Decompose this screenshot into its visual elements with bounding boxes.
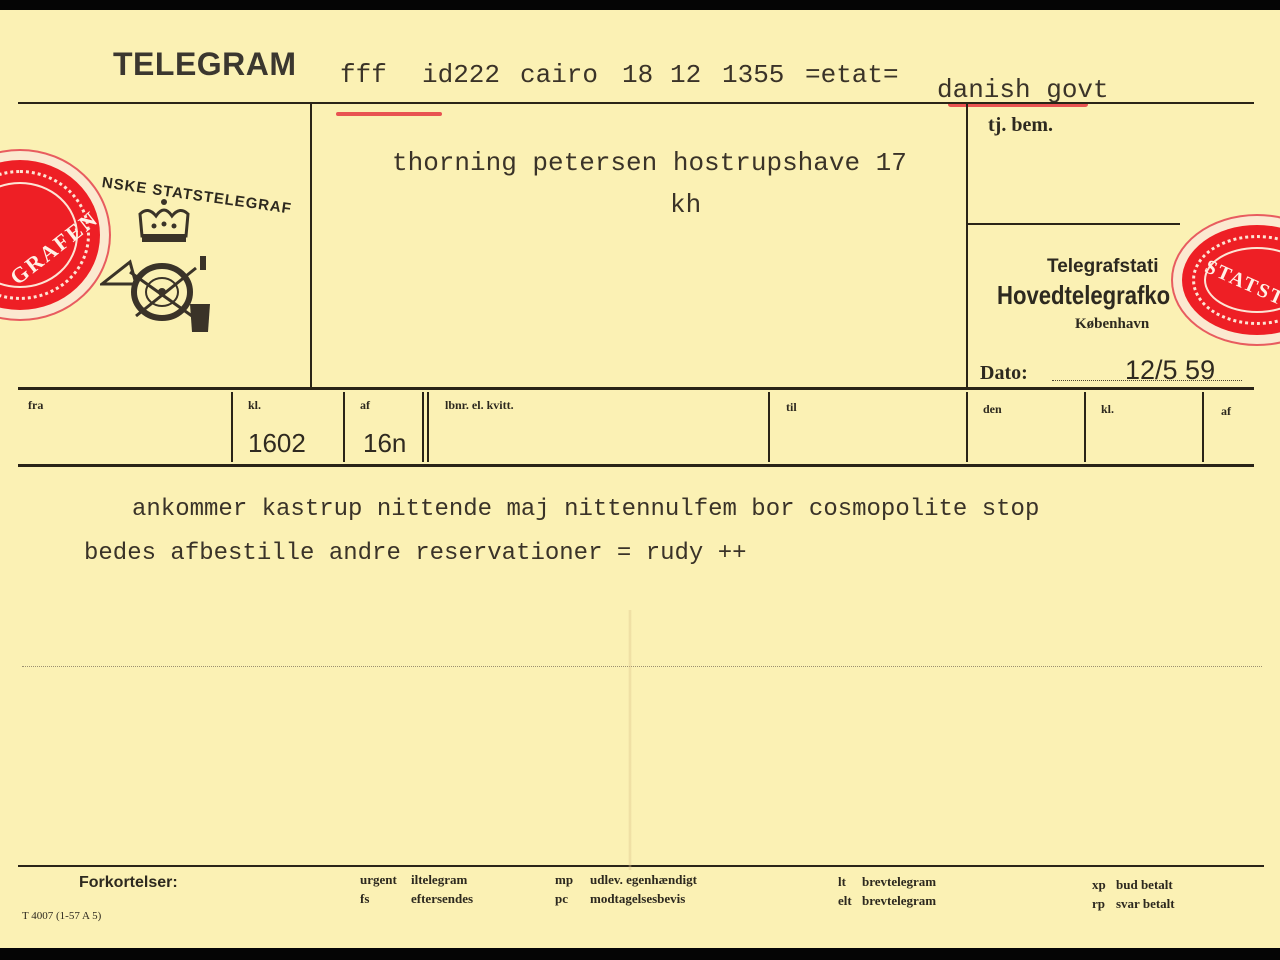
message-line-2: bedes afbestille andre reservationer = r… [84, 540, 747, 567]
posthorn-icon [100, 254, 220, 334]
word-count: 18 [622, 60, 653, 90]
abbr-code: pc [555, 891, 568, 907]
red-pencil-mark [336, 112, 442, 116]
message-end-rule [22, 666, 1262, 667]
col-label-by: af [360, 398, 370, 413]
col-label-time: kl. [248, 398, 261, 413]
abbr-meaning: brevtelegram [862, 893, 936, 909]
rule-v-emblem [310, 104, 312, 388]
col-divider [427, 392, 429, 462]
form-title: TELEGRAM [113, 46, 297, 83]
message-id: id222 [422, 60, 500, 90]
abbr-code: urgent [360, 872, 397, 888]
telegram-form: TELEGRAM fff id222 cairo 18 12 1355 =eta… [0, 10, 1280, 948]
col-label-date: den [983, 402, 1002, 417]
abbr-meaning: udlev. egenhændigt [590, 872, 697, 888]
rule-table-bottom [18, 464, 1254, 467]
recipient-city: kh [670, 190, 701, 220]
col-divider [768, 392, 770, 462]
priority-indicator: =etat= [805, 60, 899, 90]
stamp-line-2: Hovedtelegrafko [997, 280, 1170, 311]
stamp-city: København [1075, 316, 1149, 333]
form-number: T 4007 (1-57 A 5) [22, 910, 101, 922]
col-label-from: fra [28, 398, 43, 413]
rule-service-box [968, 223, 1180, 225]
abbr-meaning: modtagelsesbevis [590, 891, 685, 907]
addressee-org: danish govt [937, 75, 1109, 105]
date-label: Dato: [980, 362, 1028, 385]
col-divider [1202, 392, 1204, 462]
abbr-code: elt [838, 893, 852, 909]
col-value-by: 16n [363, 428, 406, 459]
col-divider [422, 392, 424, 462]
abbr-code: lt [838, 874, 846, 890]
col-divider [343, 392, 345, 462]
recipient-address: thorning petersen hostrupshave 17 [392, 148, 907, 178]
time-filed: 1355 [722, 60, 784, 90]
col-divider [1084, 392, 1086, 462]
abbr-meaning: brevtelegram [862, 874, 936, 890]
service-notes-label: tj. bem. [988, 114, 1053, 137]
abbr-meaning: svar betalt [1116, 896, 1175, 912]
col-label-to: til [786, 400, 797, 415]
origin-office: cairo [520, 60, 598, 90]
service-code: fff [340, 60, 387, 90]
emblem-arc-text: NSKE STATSTELEGRAF [101, 174, 293, 218]
abbr-code: fs [360, 891, 369, 907]
date-value: 12/5 59 [1125, 355, 1215, 386]
abbr-meaning: iltelegram [411, 872, 467, 888]
col-value-time: 1602 [248, 428, 306, 459]
rule-footer [18, 865, 1264, 867]
col-label-by-2: af [1221, 404, 1231, 419]
date-day: 12 [670, 60, 701, 90]
col-divider [966, 392, 968, 462]
message-line-1: ankommer kastrup nittende maj nittennulf… [132, 496, 1039, 523]
crown-icon [136, 196, 192, 246]
rule-top [18, 102, 1254, 104]
rule-table-top [18, 387, 1254, 390]
abbr-meaning: bud betalt [1116, 877, 1173, 893]
stamp-line-1: Telegrafstati [1047, 256, 1159, 278]
abbr-code: rp [1092, 896, 1105, 912]
col-label-serial: lbnr. el. kvitt. [445, 398, 514, 413]
abbr-meaning: eftersendes [411, 891, 473, 907]
rule-v-right [966, 104, 968, 388]
abbreviations-title: Forkortelser: [79, 874, 178, 892]
col-divider [231, 392, 233, 462]
col-label-time-2: kl. [1101, 402, 1114, 417]
abbr-code: xp [1092, 877, 1106, 893]
abbr-code: mp [555, 872, 573, 888]
